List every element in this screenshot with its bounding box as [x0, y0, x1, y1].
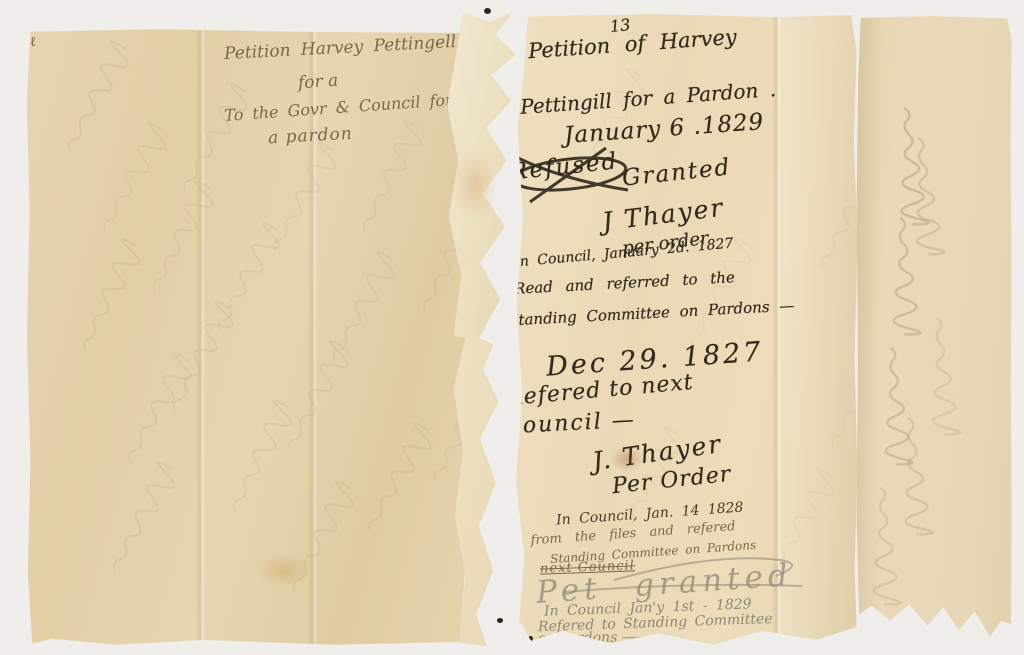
- ink-speck: [1000, 638, 1005, 644]
- refused-struck-word: Refused: [509, 148, 620, 185]
- pencil-refered-line: Refered to Standing Committee: [538, 611, 773, 635]
- pencil-pet-granted: Pet granted: [535, 557, 794, 611]
- refered-next-line1: Refered to next: [505, 370, 694, 411]
- heading-line1: Petition of Harvey: [527, 25, 737, 64]
- ghost-writing-strip: [856, 16, 1012, 646]
- right-page: 13 Petition of Harvey Pettingill for a P…: [514, 14, 858, 646]
- struck-next-council: next Council: [540, 558, 635, 576]
- ink-scribble-over-refused: [502, 146, 652, 206]
- thayer-signature-1: J Thayer: [601, 193, 726, 237]
- docket-title-line2: for a: [297, 71, 339, 94]
- council-1827-line: In Council, January 2d. 1827: [514, 235, 734, 270]
- docket-title-line1: Petition Harvey Pettingell: [224, 32, 457, 64]
- ink-dot: [528, 636, 533, 641]
- ink-speck: [497, 618, 503, 623]
- per-order-1: per order: [621, 228, 710, 259]
- docket-title-line4: a pardon: [268, 124, 354, 148]
- document-scan: ℓ Petition Harvey Pettingell for a To th…: [0, 0, 1024, 655]
- pencil-on-pardons-line: on Pardons ——: [538, 629, 650, 647]
- pencil-flourish: [544, 552, 844, 612]
- pencil-council-1829-line: In Council Jan'y 1st - 1829: [544, 596, 752, 619]
- granted-word: Granted: [621, 154, 733, 191]
- council-1828-line: In Council, Jan. 14 1828: [556, 499, 744, 528]
- inserted-standing-committee: Standing Committee on Pardons: [550, 538, 757, 566]
- ghost-writing-right: [514, 14, 858, 646]
- corner-mark: ℓ: [29, 34, 37, 51]
- date-dec-1827: Dec 29. 1827: [545, 336, 764, 382]
- read-referred-line2: Standing Committee on Pardons —: [508, 297, 795, 330]
- per-order-2: Per Order: [611, 462, 732, 499]
- ink-speck: [484, 8, 491, 14]
- page-number: 13: [609, 15, 631, 36]
- docket-title-line3: To the Govr & Council for: [224, 90, 454, 125]
- ghost-writing-left: [26, 28, 470, 646]
- right-back-panel: [856, 16, 1012, 646]
- taken-from-files-line: Taken from the files and refered: [478, 519, 736, 552]
- paper-stain: [610, 446, 644, 472]
- paper-stain: [256, 553, 312, 587]
- date-january-1829: January 6 .1829: [563, 109, 765, 149]
- left-page: ℓ Petition Harvey Pettingell for a To th…: [26, 28, 470, 646]
- thayer-signature-2: J. Thayer: [591, 429, 724, 476]
- refered-next-line2: Council —: [503, 408, 636, 440]
- read-referred-line1: Read and referred to the: [514, 268, 736, 298]
- heading-line2: Pettingill for a Pardon .: [519, 77, 776, 119]
